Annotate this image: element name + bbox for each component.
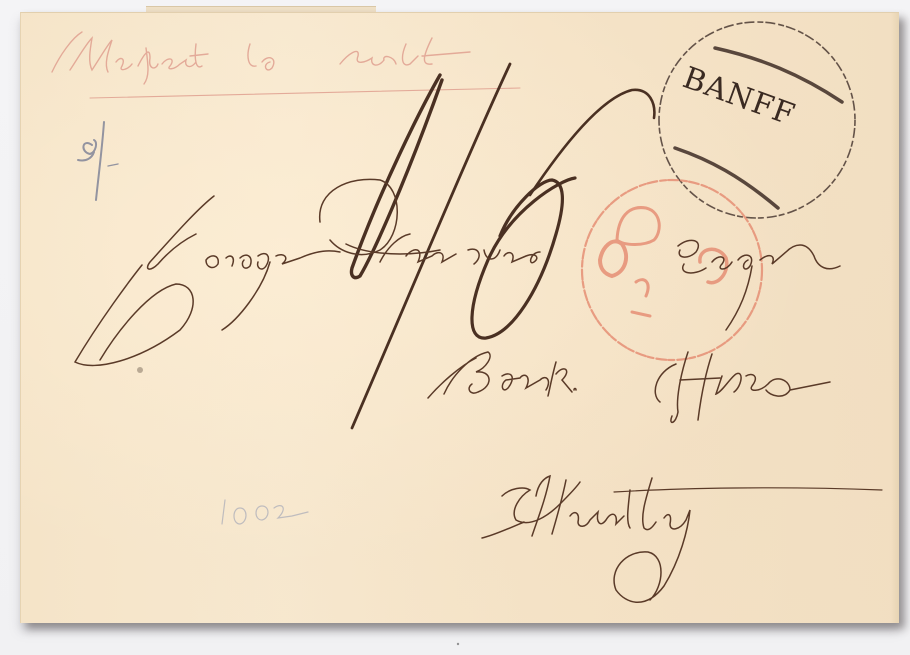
- dust-speck: [457, 643, 459, 645]
- missent-manuscript: [52, 32, 520, 98]
- banff-handstamp: BANFF: [659, 22, 855, 218]
- ink-layer: BANFF: [0, 0, 910, 655]
- dated-red-handstamp: [582, 180, 762, 360]
- ink-speck: [137, 367, 143, 373]
- banff-stamp-text: BANFF: [678, 60, 800, 133]
- address-line-3-script: [482, 476, 882, 602]
- address-line-2-script: [428, 352, 830, 422]
- pencil-reference-mark: [222, 500, 308, 524]
- pencil-rate-mark: [78, 122, 118, 200]
